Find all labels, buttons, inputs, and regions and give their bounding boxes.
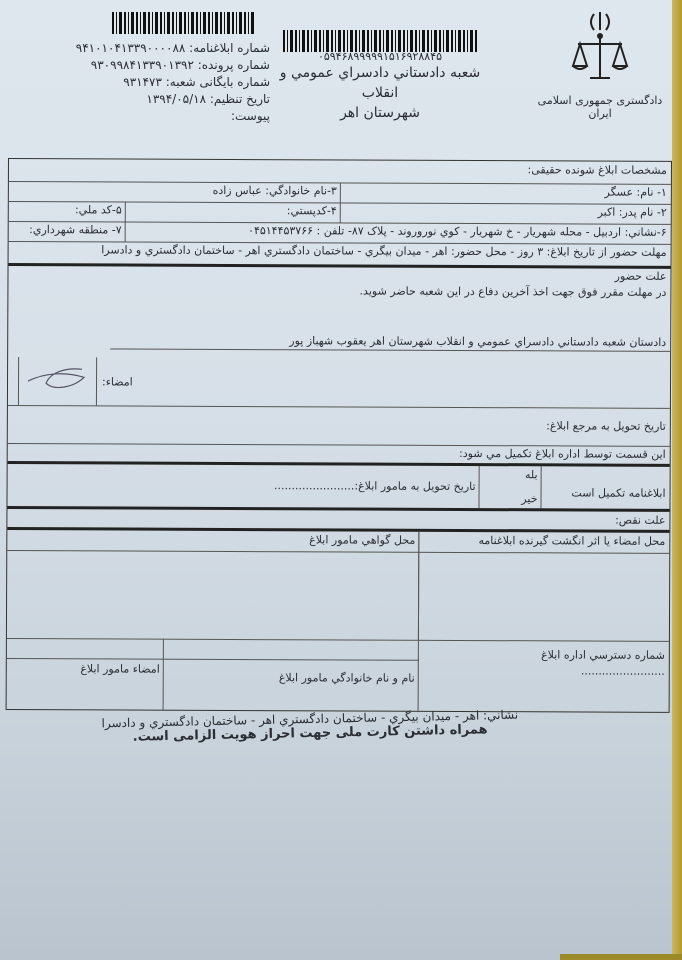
background-edge [672, 0, 682, 960]
office-access-dots: ........................ [419, 662, 669, 712]
delivery-date-officer: تاريخ تحويل به مامور ابلاغ:.............… [270, 477, 480, 508]
scales-of-justice-icon [570, 8, 630, 88]
court-branch: شعبه دادستاني دادسراي عمومي و انقلاب [270, 63, 490, 103]
checkbox-no[interactable]: خير [479, 490, 541, 508]
postal-code: ۴-کدپستي: [126, 202, 341, 223]
row-notice-complete: ابلاغنامه تکميل است بله خير تاريخ تحويل … [7, 464, 669, 512]
court-city: شهرستان اهر [270, 103, 490, 123]
last-name: ۳-نام خانوادگي: عباس زاده [9, 181, 341, 202]
notice-complete-label: ابلاغنامه تکميل است [541, 484, 669, 509]
officer-signature: امضاء مامور ابلاغ [7, 660, 164, 710]
header-notice-info: شماره ابلاغنامه: ۹۴۱۰۱۰۴۱۳۳۹۰۰۰۰۸۸ شماره… [45, 40, 270, 125]
reason-text: در مهلت مقرر فوق جهت اخذ آخرين دفاع در ا… [356, 283, 671, 300]
prosecutor-name: دادستان شعبه دادستاني دادسراي عمومي و ان… [110, 331, 670, 351]
appearance-deadline: مهلت حضور از تاريخ ابلاغ: ۳ روز - محل حض… [97, 241, 670, 266]
row-delivery-reference: تاريخ تحويل به مرجع ابلاغ: [8, 405, 670, 447]
delivery-date-reference: تاريخ تحويل به مرجع ابلاغ: [542, 417, 670, 446]
office-section-header: اين قسمت توسط اداره ابلاغ تکميل مي شود: [8, 443, 670, 467]
attachment-label: پیوست: [45, 108, 270, 125]
municipal-zone: ۷- منطقه شهرداري: [9, 221, 126, 242]
first-name: ۱- نام: عسگر [341, 182, 671, 203]
header-court-info: ۰۵۹۴۶۸۹۹۹۹۹۱۵۱۶۹۲۸۸۴۵ شعبه دادستاني دادس… [270, 50, 490, 123]
signature-row: امضاء: [8, 357, 670, 409]
case-number: شماره پرونده: ۹۳۰۹۹۸۴۱۳۳۹۰۱۳۹۲ [45, 57, 270, 74]
row-defect-reason: علت نقص: [7, 509, 669, 533]
branch-archive-number: شماره بایگانی شعبه: ۹۳۱۴۷۳ [45, 74, 270, 91]
recipient-signature-place: محل امضاء يا اثر انگشت گيرنده ابلاغنامه [419, 532, 669, 641]
background-bottom-edge [560, 954, 682, 960]
reason-block: علت حضور در مهلت مقرر فوق جهت اخذ آخرين … [8, 265, 670, 360]
signature-scribble-icon [24, 363, 90, 393]
address: ۶-نشاني: اردبيل - محله شهريار - خ شهريار… [126, 222, 671, 244]
national-code: ۵-کد ملي: [9, 201, 126, 222]
barcode-center [283, 30, 478, 52]
notice-form: مشخصات ابلاغ شونده حقیقی: ۱- نام: عسگر ۳… [6, 158, 672, 713]
org-name-line1: دادگستری جمهوری اسلامی [535, 94, 665, 107]
row-signature-places: محل امضاء يا اثر انگشت گيرنده ابلاغنامه … [7, 530, 669, 642]
footer: نشاني: اهر - ميدان بيگري - ساختمان دادگس… [100, 708, 521, 746]
defect-reason: علت نقص: [611, 512, 669, 530]
officer-certification-place: محل گواهي مامور ابلاغ [305, 531, 420, 639]
barcode-left [112, 12, 254, 34]
reason-title: علت حضور [611, 268, 671, 284]
father-name: ۲- نام پدر: اکبر [341, 202, 671, 223]
header-emblem-block: دادگستری جمهوری اسلامی ایران [535, 8, 665, 120]
row-officer-info: شماره دسترسي اداره ابلاغ ...............… [7, 638, 669, 712]
document-page: شماره ابلاغنامه: ۹۴۱۰۱۰۴۱۳۳۹۰۰۰۰۸۸ شماره… [0, 0, 672, 960]
notice-number: شماره ابلاغنامه: ۹۴۱۰۱۰۴۱۳۳۹۰۰۰۰۸۸ [45, 40, 270, 57]
barcode-number: ۰۵۹۴۶۸۹۹۹۹۹۱۵۱۶۹۲۸۸۴۵ [270, 50, 490, 63]
signature-label: امضاء: [98, 373, 137, 405]
org-name-line2: ایران [535, 107, 665, 120]
issue-date: تاریخ تنظیم: ۱۳۹۴/۰۵/۱۸ [45, 91, 270, 108]
officer-name: نام و نام خانوادگي مامور ابلاغ [164, 669, 419, 711]
